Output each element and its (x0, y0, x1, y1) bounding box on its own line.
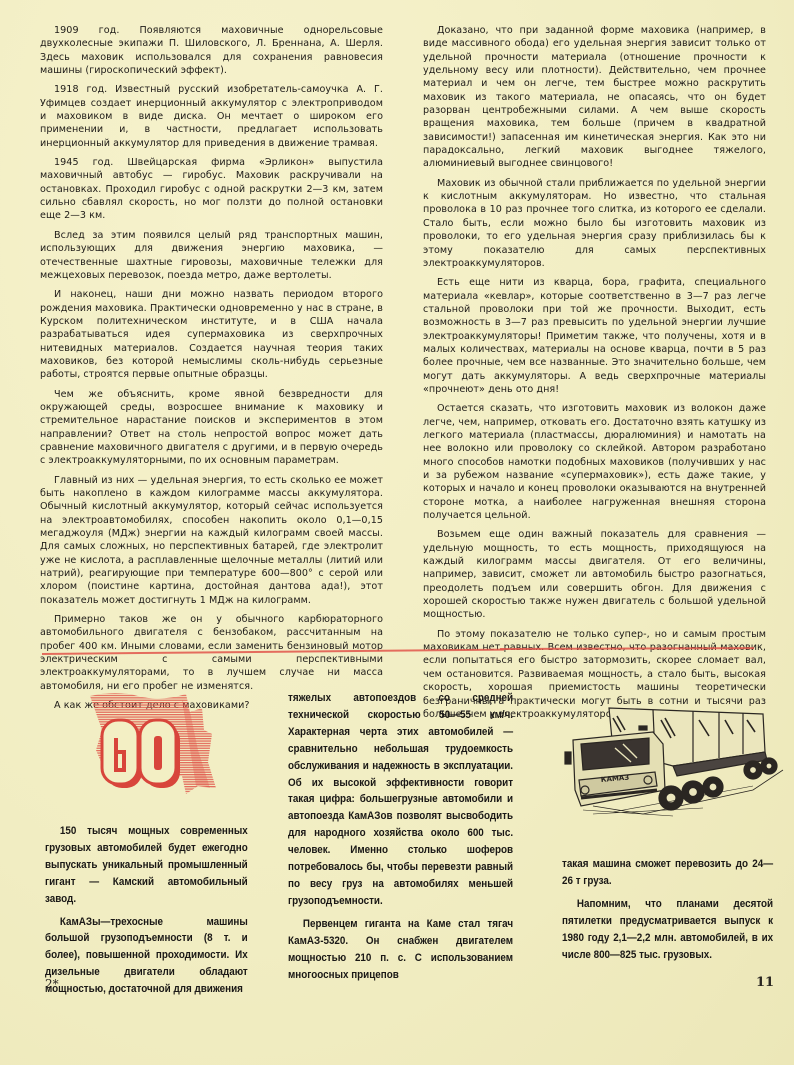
sidebar-column-3: такая машина сможет перевозить до 24—26 … (562, 856, 773, 969)
article-paragraph: И наконец, наши дни можно назвать период… (40, 288, 383, 381)
article-paragraph: Доказано, что при заданной форме маховик… (423, 24, 766, 171)
sidebar-column-2: тяжелых автопоездов со средней техническ… (288, 690, 513, 989)
article-paragraph: 1918 год. Известный русский изобретатель… (40, 83, 383, 150)
sidebar-paragraph: такая машина сможет перевозить до 24—26 … (562, 856, 773, 890)
page-number-right: 11 (756, 975, 774, 990)
sidebar-paragraph: 150 тысяч мощных современных грузовых ав… (45, 823, 248, 908)
sidebar-paragraph: Напомним, что планами десятой пятилетки … (562, 896, 773, 964)
article-paragraph: 1945 год. Швейцарская фирма «Эрликон» вы… (40, 156, 383, 223)
sidebar-paragraph: КамАЗы—трехосные машины большой грузопод… (45, 914, 248, 999)
article-column-left: 1909 год. Появляются маховичные однорель… (40, 24, 383, 719)
article-paragraph: Вслед за этим появился целый ряд транспо… (40, 229, 383, 282)
article-paragraph: Есть еще нити из кварца, бора, графита, … (423, 276, 766, 396)
sidebar-column-1: 150 тысяч мощных современных грузовых ав… (45, 823, 248, 1004)
kamaz-truck-illustration: КАМАЗ (553, 690, 789, 825)
article-column-right: Доказано, что при заданной форме маховик… (423, 24, 766, 727)
article-paragraph: Возьмем еще один важный показатель для с… (423, 528, 766, 621)
article-paragraph: Остается сказать, что изготовить маховик… (423, 402, 766, 522)
page-number-left: 2* (45, 977, 59, 991)
anniversary-60-flag-emblem (86, 690, 220, 802)
article-paragraph: Главный из них — удельная энергия, то ес… (40, 474, 383, 607)
article-paragraph: Маховик из обычной стали приближается по… (423, 177, 766, 270)
sidebar-paragraph: Первенцем гиганта на Каме стал тягач Кам… (288, 916, 513, 984)
article-paragraph: Чем же объяснить, кроме явной безвреднос… (40, 388, 383, 468)
sidebar-paragraph: тяжелых автопоездов со средней техническ… (288, 690, 513, 910)
article-paragraph: 1909 год. Появляются маховичные однорель… (40, 24, 383, 77)
